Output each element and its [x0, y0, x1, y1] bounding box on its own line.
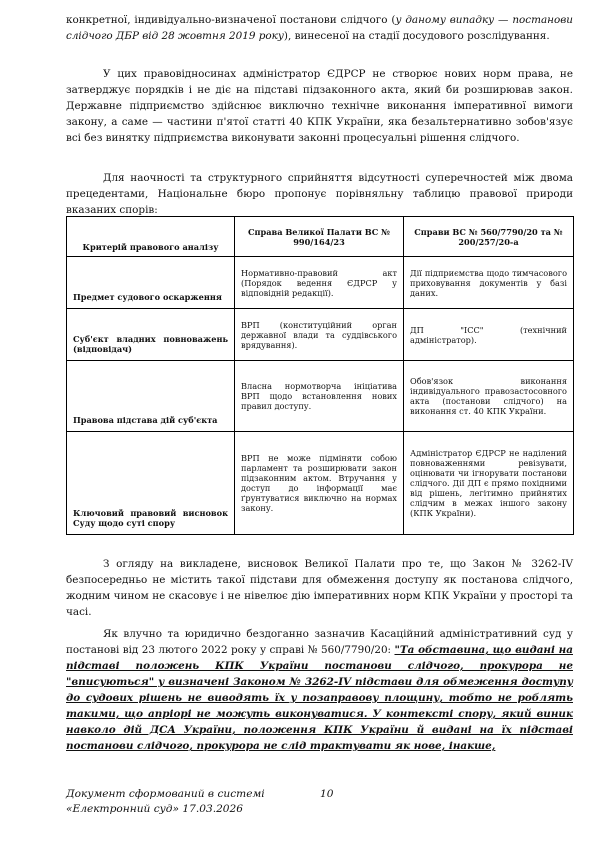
supreme-court-cell: Дії підприємства щодо тимчасового прихов… — [404, 257, 574, 309]
paragraph-3: Для наочності та структурного сприйняття… — [66, 170, 573, 218]
criterion-cell: Правова підстава дій суб'єкта — [67, 361, 235, 432]
header-supreme-court: Справи ВС № 560/7790/20 та № 200/257/20-… — [404, 217, 574, 257]
paragraph-text: У цих правовідносинах адміністратор ЄДРС… — [66, 66, 573, 146]
paragraph-text: З огляду на викладене, висновок Великої … — [66, 556, 573, 620]
table-row: Предмет судового оскарження Нормативно-п… — [67, 257, 574, 309]
paragraph-text: конкретної, індивідуально-визначеної пос… — [66, 14, 395, 26]
paragraph-text: ), винесеної на стадії досудового розслі… — [284, 30, 550, 42]
table-row: Правова підстава дій суб'єкта Власна нор… — [67, 361, 574, 432]
table-header-row: Критерій правового аналізу Справа Велико… — [67, 217, 574, 257]
table-row: Ключовий правовий висновок Суду щодо сут… — [67, 432, 574, 535]
document-footer: Документ сформований в системі «Електрон… — [66, 787, 265, 817]
criterion-cell: Суб'єкт владних повноважень (відповідач) — [67, 309, 235, 361]
grand-chamber-cell: ВРП не може підміняти собою парламент та… — [235, 432, 404, 535]
header-criterion: Критерій правового аналізу — [67, 217, 235, 257]
paragraph-5: Як влучно та юридично бездоганно зазначи… — [66, 626, 573, 754]
paragraph-text: Для наочності та структурного сприйняття… — [66, 170, 573, 218]
supreme-court-cell: Обов'язок виконання індивідуального прав… — [404, 361, 574, 432]
supreme-court-cell: Адміністратор ЄДРСР не наділений повнова… — [404, 432, 574, 535]
paragraph-4: З огляду на викладене, висновок Великої … — [66, 556, 573, 620]
table-row: Суб'єкт владних повноважень (відповідач)… — [67, 309, 574, 361]
grand-chamber-cell: Власна нормотворча ініціатива ВРП щодо в… — [235, 361, 404, 432]
paragraph-2: У цих правовідносинах адміністратор ЄДРС… — [66, 66, 573, 146]
header-grand-chamber: Справа Великої Палати ВС № 990/164/23 — [235, 217, 404, 257]
footer-line-1: Документ сформований в системі — [66, 787, 265, 802]
grand-chamber-cell: ВРП (конституційний орган державної влад… — [235, 309, 404, 361]
footer-line-2: «Електронний суд» 17.03.2026 — [66, 802, 265, 817]
paragraph-1: конкретної, індивідуально-визначеної пос… — [66, 12, 573, 44]
court-quote: "Та обставина, що видані на підставі пол… — [66, 644, 573, 752]
comparison-table: Критерій правового аналізу Справа Велико… — [66, 216, 574, 535]
supreme-court-cell: ДП "ІСС" (технічний адміністратор). — [404, 309, 574, 361]
grand-chamber-cell: Нормативно-правовий акт (Порядок ведення… — [235, 257, 404, 309]
criterion-cell: Ключовий правовий висновок Суду щодо сут… — [67, 432, 235, 535]
page-number: 10 — [320, 787, 333, 802]
criterion-cell: Предмет судового оскарження — [67, 257, 235, 309]
